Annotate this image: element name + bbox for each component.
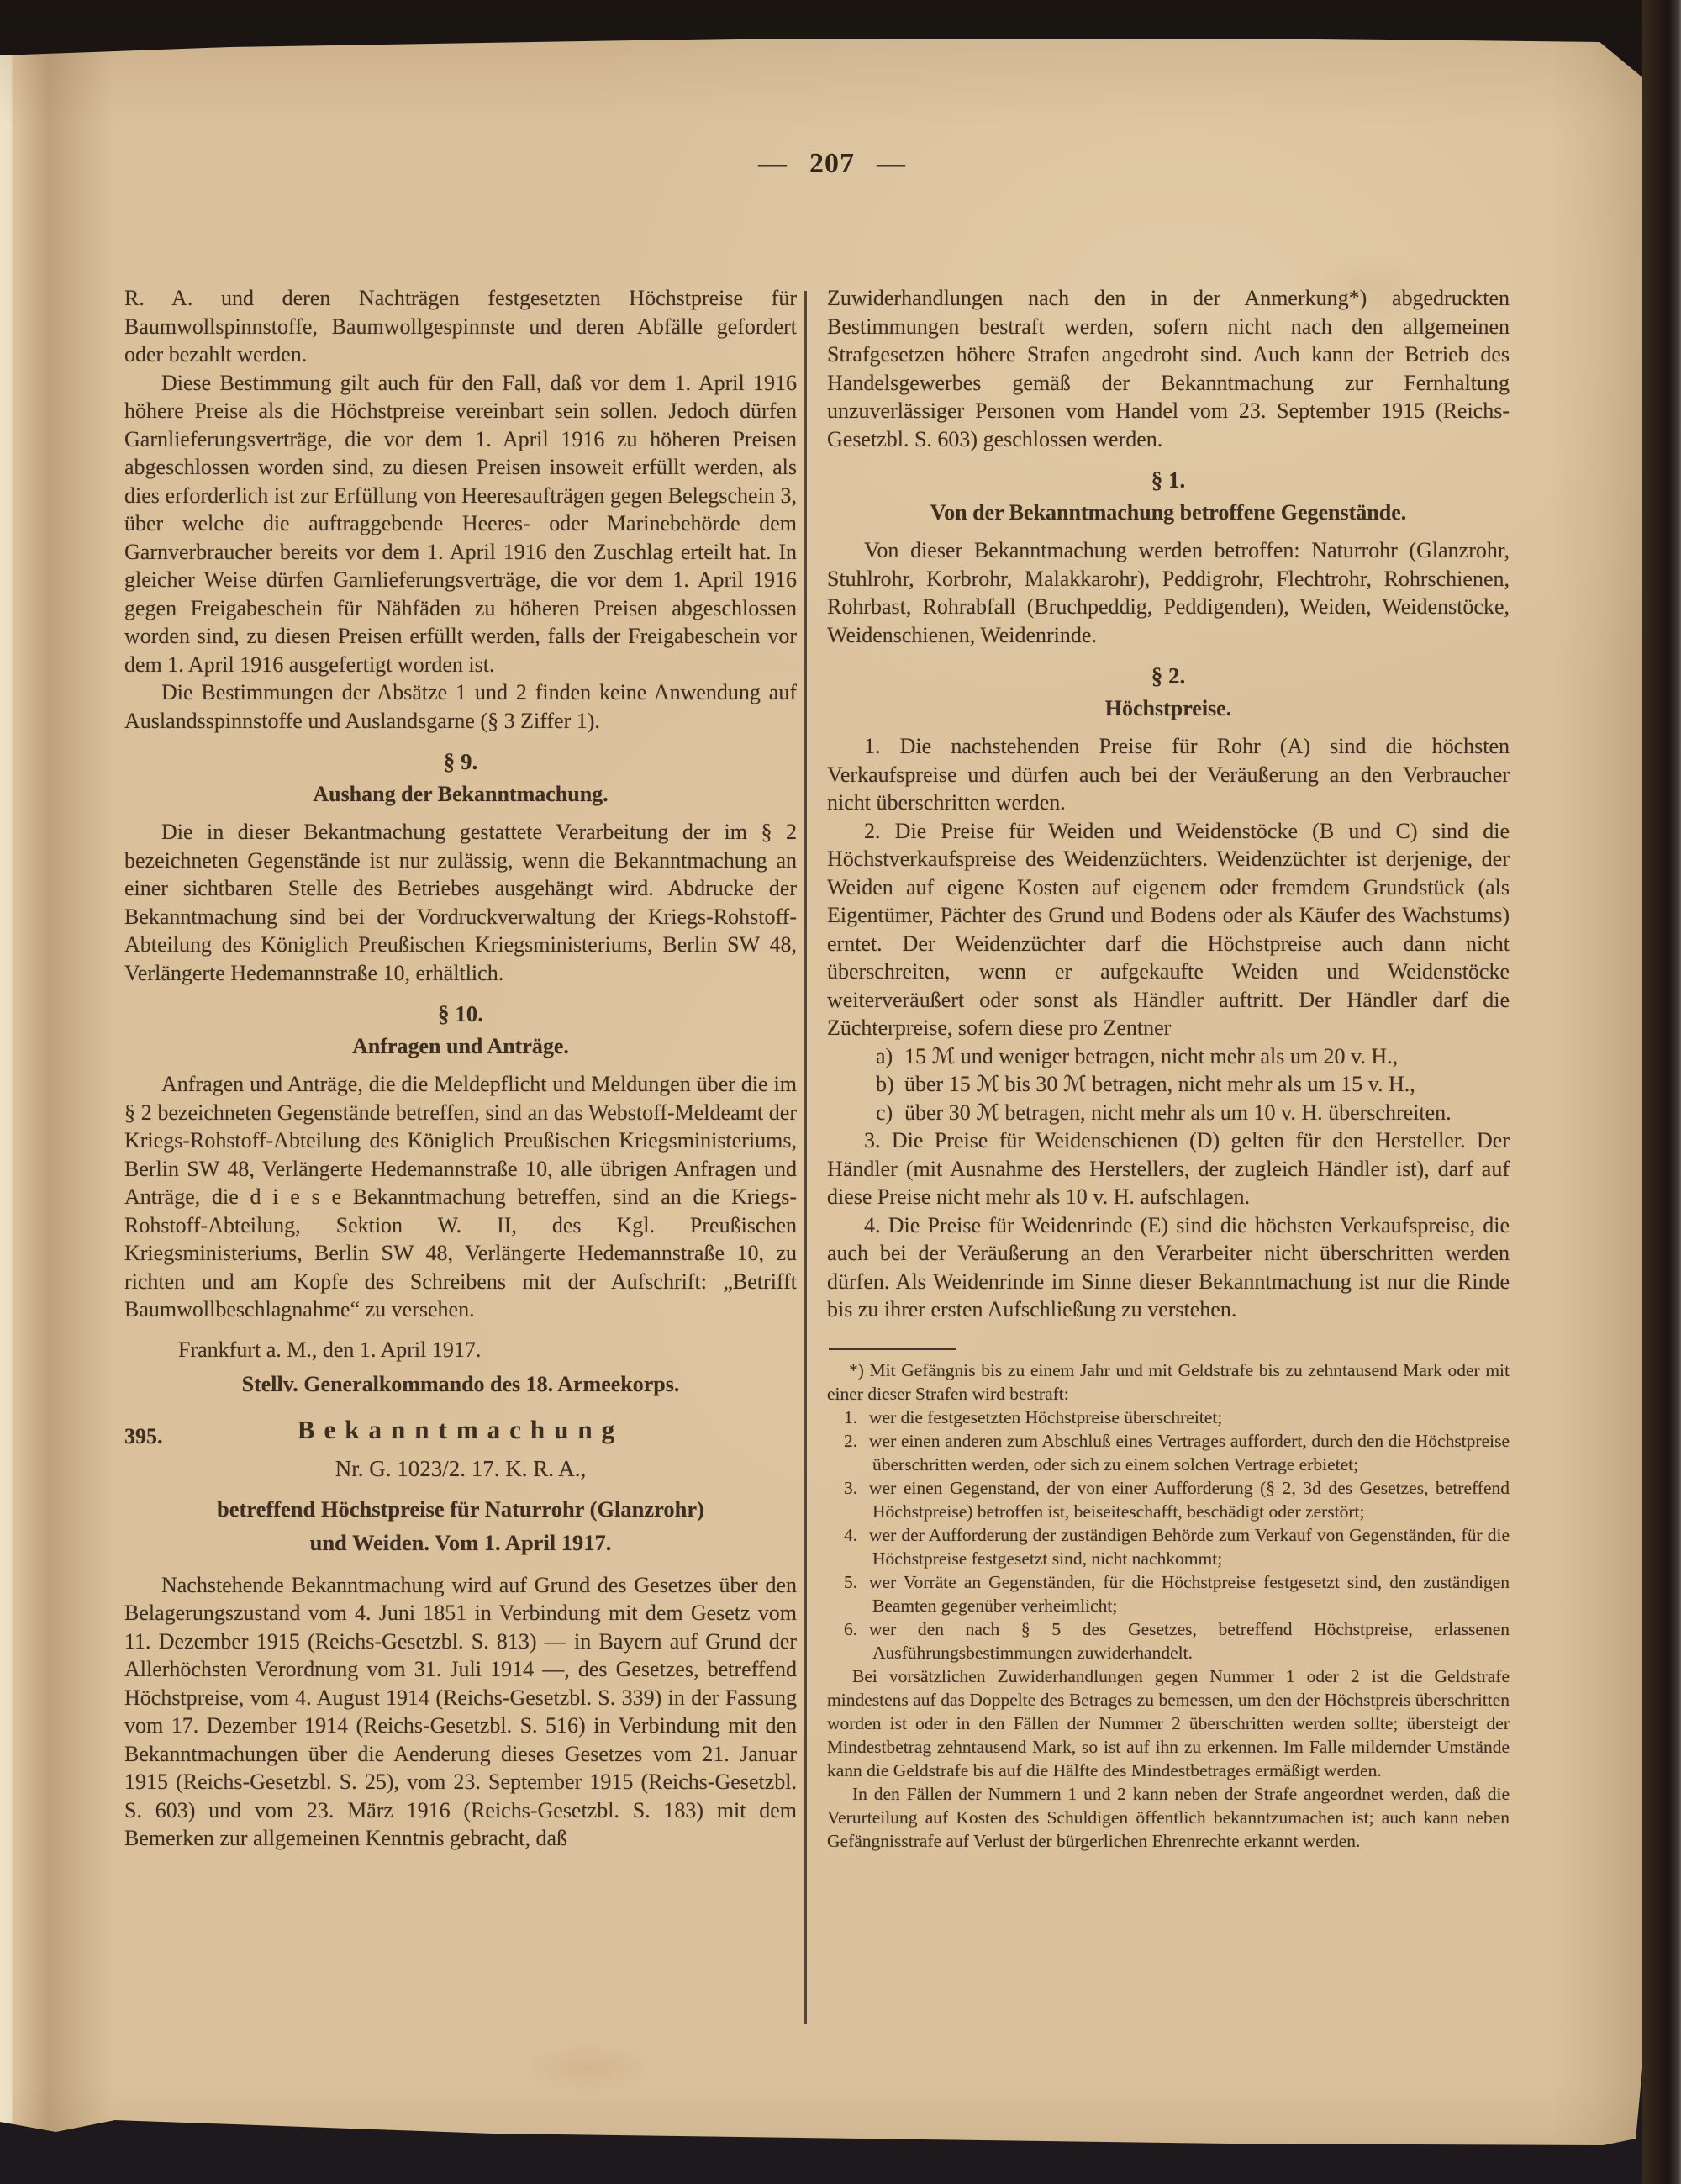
footnote-item-text: wer einen Gegenstand, der von einer Auff… (869, 1478, 1510, 1522)
list-item-text: über 30 ℳ betragen, nicht mehr als um 10… (904, 1100, 1452, 1125)
footnote-item-number: 6. (844, 1617, 869, 1641)
header-dash-right: — (855, 148, 928, 179)
section-title: Höchstpreise. (827, 694, 1510, 723)
notice-subject-line1: betreffend Höchstpreise für Naturrohr (G… (124, 1492, 797, 1526)
left-column: R. A. und deren Nachträgen festgesetzten… (124, 284, 797, 2083)
notice-subject-line2: und Weiden. Vom 1. April 1917. (124, 1526, 797, 1559)
numbered-paragraph: 4. Die Preise für Weidenrinde (E) sind d… (827, 1211, 1510, 1324)
notice-subject: betreffend Höchstpreise für Naturrohr (G… (124, 1492, 797, 1559)
paragraph: R. A. und deren Nachträgen festgesetzten… (124, 284, 797, 369)
footnote-item: 3.wer einen Gegenstand, der von einer Au… (844, 1476, 1510, 1523)
list-item-label: b) (876, 1070, 904, 1099)
numbered-paragraph: 2. Die Preise für Weiden und Weidenstöck… (827, 817, 1510, 1042)
list-item-label: a) (876, 1042, 904, 1071)
paragraph: Anfragen und Anträge, die die Meldepflic… (124, 1070, 797, 1324)
section-label: § 10. (124, 1000, 797, 1029)
notice-heading-row: 395. Bekanntmachung (124, 1416, 797, 1444)
list-item-text: über 15 ℳ bis 30 ℳ betragen, nicht mehr … (904, 1072, 1415, 1096)
section-label: § 2. (827, 662, 1510, 691)
paragraph: Nachstehende Bekanntmachung wird auf Gru… (124, 1571, 797, 1853)
footnote-item-number: 2. (844, 1429, 869, 1453)
paragraph: Die Bestimmungen der Absätze 1 und 2 fin… (124, 678, 797, 735)
footnote-item-text: wer den nach § 5 des Gesetzes, betreffen… (869, 1619, 1510, 1663)
footnote-item-number: 4. (844, 1523, 869, 1547)
page-header: —207— (538, 148, 1126, 180)
price-list-item: c)über 30 ℳ betragen, nicht mehr als um … (876, 1099, 1510, 1127)
paragraph: Die in dieser Bekantmachung gestattete V… (124, 818, 797, 987)
price-list-item: a)15 ℳ und weniger betragen, nicht mehr … (876, 1042, 1510, 1071)
scanned-book-page-photo: —207— R. A. und deren Nachträgen festges… (0, 0, 1681, 2184)
book-page: —207— R. A. und deren Nachträgen festges… (0, 0, 1642, 2184)
section-label: § 9. (124, 748, 797, 777)
footnote-item-text: wer die festgesetzten Höchstpreise übers… (869, 1407, 1222, 1427)
footnote-item-number: 3. (844, 1476, 869, 1500)
footnote-block: *) Mit Gefängnis bis zu einem Jahr und m… (827, 1348, 1510, 1853)
header-dash-left: — (736, 148, 809, 179)
paragraph: Diese Bestimmung gilt auch für den Fall,… (124, 369, 797, 679)
right-column: Zuwiderhandlungen nach den in der Anmerk… (827, 284, 1510, 2117)
list-item-label: c) (876, 1099, 904, 1127)
footnote-paragraph: Bei vorsätzlichen Zuwiderhandlungen gege… (827, 1664, 1510, 1782)
section-label: § 1. (827, 467, 1510, 495)
list-item-text: 15 ℳ und weniger betragen, nicht mehr al… (904, 1044, 1398, 1068)
footnote-rule (829, 1348, 956, 1350)
signature-line: Stellv. Generalkommando des 18. Armeekor… (124, 1370, 797, 1399)
footnote-item: 1.wer die festgesetzten Höchstpreise übe… (844, 1406, 1510, 1429)
dateline: Frankfurt a. M., den 1. April 1917. (178, 1336, 797, 1364)
notice-reference: Nr. G. 1023/2. 17. K. R. A., (124, 1455, 797, 1484)
section-title: Anfragen und Anträge. (124, 1032, 797, 1061)
section-title: Von der Bekanntmachung betroffene Gegens… (827, 499, 1510, 527)
footnote-item-text: wer Vorräte an Gegenständen, für die Höc… (869, 1572, 1510, 1616)
footnote-paragraph: In den Fällen der Nummern 1 und 2 kann n… (827, 1782, 1510, 1853)
notice-item-number: 395. (124, 1422, 163, 1451)
footnote-intro: *) Mit Gefängnis bis zu einem Jahr und m… (827, 1358, 1510, 1406)
footnote-item: 2.wer einen anderen zum Abschluß eines V… (844, 1429, 1510, 1476)
price-list-item: b)über 15 ℳ bis 30 ℳ betragen, nicht meh… (876, 1070, 1510, 1099)
book-edge-right (1642, 0, 1681, 2184)
section-title: Aushang der Bekanntmachung. (124, 780, 797, 809)
numbered-paragraph: 1. Die nachstehenden Preise für Rohr (A)… (827, 732, 1510, 817)
page-number: 207 (809, 148, 855, 179)
footnote-item-text: wer einen anderen zum Abschluß eines Ver… (869, 1431, 1510, 1474)
footnote-item: 6.wer den nach § 5 des Gesetzes, betreff… (844, 1617, 1510, 1664)
notice-title: Bekanntmachung (124, 1416, 797, 1444)
footnote-item-text: wer der Aufforderung der zuständigen Beh… (869, 1525, 1510, 1569)
paragraph: Zuwiderhandlungen nach den in der Anmerk… (827, 284, 1510, 453)
paragraph: Von dieser Bekanntmachung werden betroff… (827, 536, 1510, 649)
footnote-item-number: 1. (844, 1406, 869, 1429)
footnote-item: 5.wer Vorräte an Gegenständen, für die H… (844, 1570, 1510, 1617)
footnote-item: 4.wer der Aufforderung der zuständigen B… (844, 1523, 1510, 1570)
numbered-paragraph: 3. Die Preise für Weidenschienen (D) gel… (827, 1126, 1510, 1211)
footnote-item-number: 5. (844, 1570, 869, 1594)
column-separator-rule (804, 291, 807, 2024)
